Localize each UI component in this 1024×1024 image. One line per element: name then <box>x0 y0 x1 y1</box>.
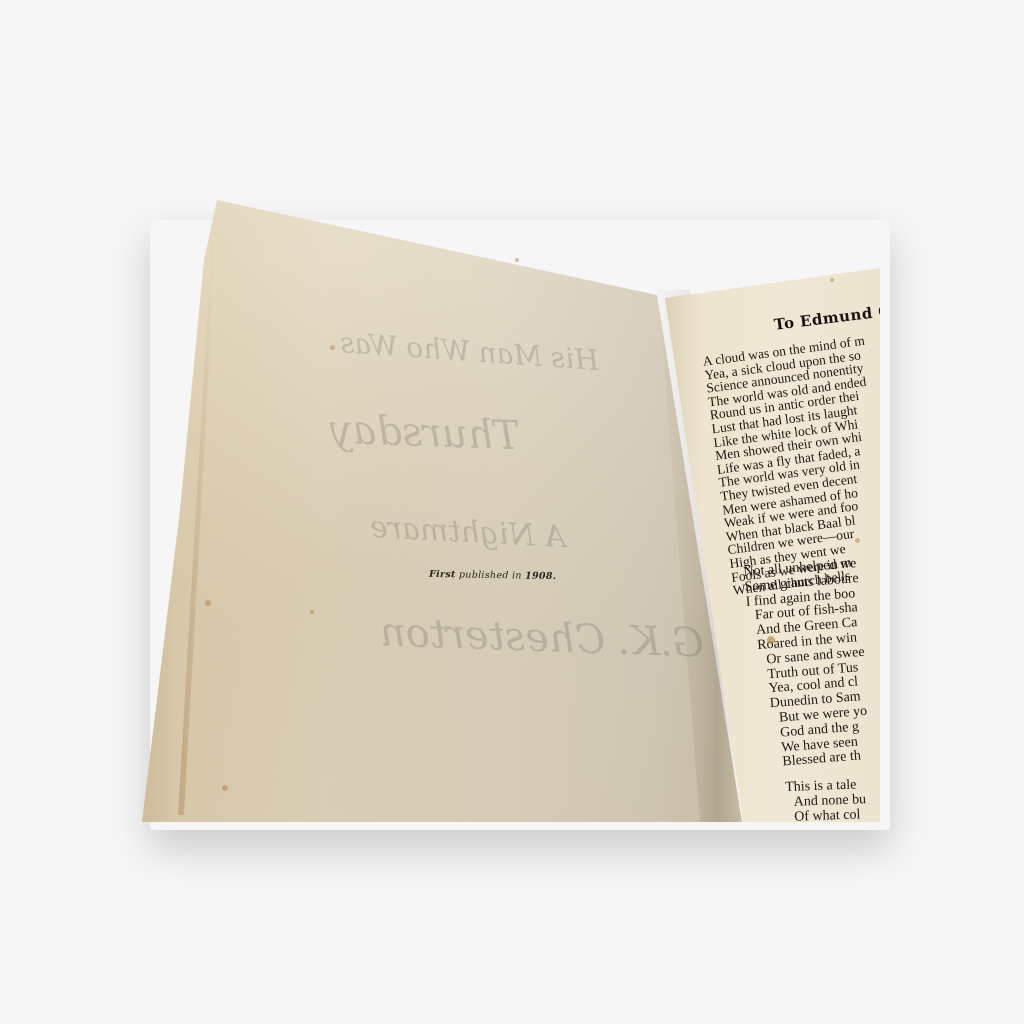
foxing-spot <box>855 538 860 543</box>
foxing-spot <box>330 345 335 350</box>
open-book: His Man Who Was Thursday A Nightmare G.K… <box>0 0 1024 1024</box>
foxing-spot <box>222 785 228 791</box>
pencil-show-through-line-2: Thursday <box>329 407 520 460</box>
poem-line: Of what col <box>786 807 867 822</box>
imprint-middle: published in <box>459 569 522 581</box>
poem-stanza-3: This is a tale And none bu Of what col <box>785 777 867 822</box>
foxing-spot <box>515 258 519 262</box>
first-published-imprint: First published in 1908. <box>429 569 557 582</box>
foxing-spot <box>310 610 314 614</box>
foxing-spot <box>767 636 775 644</box>
dedication-heading: To Edmund C <box>773 302 880 334</box>
imprint-prefix: First <box>429 569 456 580</box>
foxing-spot <box>205 600 211 606</box>
foxing-spot <box>830 278 834 282</box>
poem-stanza-2: Not all unhelped we Some giants laboure … <box>743 557 873 772</box>
imprint-year: 1908. <box>525 571 556 583</box>
photo-backdrop: His Man Who Was Thursday A Nightmare G.K… <box>0 0 1024 1024</box>
